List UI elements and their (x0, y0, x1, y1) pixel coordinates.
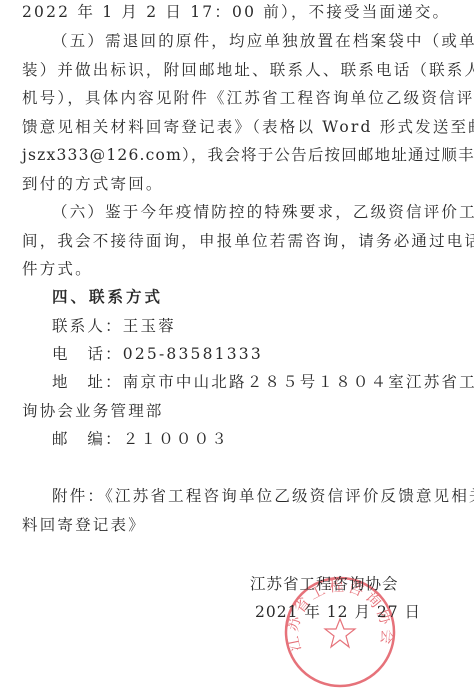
section-title: 四、联系方式 (52, 287, 163, 307)
paragraph-five-line: （五）需退回的原件，均应单独放置在档案袋中（或单独包 (52, 31, 474, 51)
text-line: 机号），具体内容见附件《江苏省工程咨询单位乙级资信评价反 (22, 88, 474, 108)
signature-org: 江苏省工程咨询协会 (250, 574, 399, 594)
contact-address: 地 址：南京市中山北路２８５号１８０４室江苏省工程咨 (52, 372, 474, 392)
paragraph-six-line: （六）鉴于今年疫情防控的特殊要求，乙级资信评价工作期 (52, 202, 474, 222)
text-line: 间，我会不接待面询，申报单位若需咨询，请务必通过电话和邮 (22, 231, 474, 251)
contact-address-cont: 询协会业务管理部 (22, 401, 164, 421)
attachment-line-cont: 料回寄登记表》 (22, 515, 146, 535)
text-line: 装）并做出标识，附回邮地址、联系人、联系电话（联系人的手 (22, 60, 474, 80)
attachment-line: 附件：《江苏省工程咨询单位乙级资信评价反馈意见相关材 (52, 486, 474, 506)
signature-date: 2021 年 12 月 27 日 (255, 602, 421, 622)
text-line: 件方式。 (22, 259, 93, 279)
text-line: 2022 年 1 月 2 日 17：00 前），不接受当面递交。 (22, 2, 450, 22)
text-line: 馈意见相关材料回寄登记表》（表格以 Word 形式发送至邮箱： (22, 117, 474, 137)
text-line: 到付的方式寄回。 (22, 174, 164, 194)
contact-person: 联系人：王玉蓉 (52, 316, 176, 336)
contact-phone: 电 话：025-83581333 (52, 344, 263, 364)
email-line: jszx333@126.com），我会将于公告后按回邮地址通过顺丰速运以 (22, 145, 474, 165)
contact-postcode: 邮 编：２１０００３ (52, 429, 229, 449)
